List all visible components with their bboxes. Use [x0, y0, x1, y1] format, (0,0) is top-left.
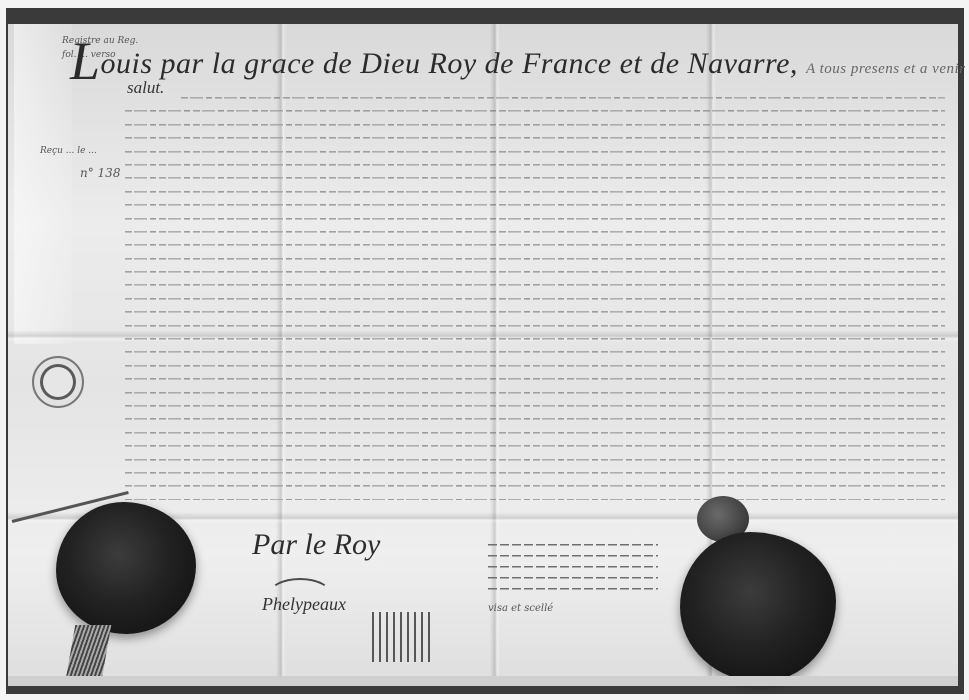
round-tax-stamp	[32, 356, 84, 408]
secretary-signature: Phelypeaux	[262, 594, 346, 615]
paraph-mark	[372, 612, 432, 662]
initial-letter: L	[70, 31, 101, 91]
par-le-roy-signature: Par le Roy	[252, 528, 380, 562]
margin-note: n° 138	[80, 166, 120, 180]
manuscript-body	[125, 90, 945, 500]
left-wax-seal	[56, 502, 196, 634]
heading-text: ouis par la grace de Dieu Roy de France …	[101, 47, 798, 80]
margin-note: Reçu ... le ...	[40, 146, 97, 156]
visa-block: visa et scellé	[488, 538, 658, 614]
heading-trailer: A tous presens et a venir	[806, 61, 966, 77]
light-reflection	[14, 24, 72, 344]
right-wax-seal	[680, 532, 836, 682]
visa-note: visa et scellé	[488, 603, 658, 614]
document-heading: Louis par la grace de Dieu Roy de France…	[70, 30, 966, 92]
bottom-edge	[8, 676, 958, 686]
